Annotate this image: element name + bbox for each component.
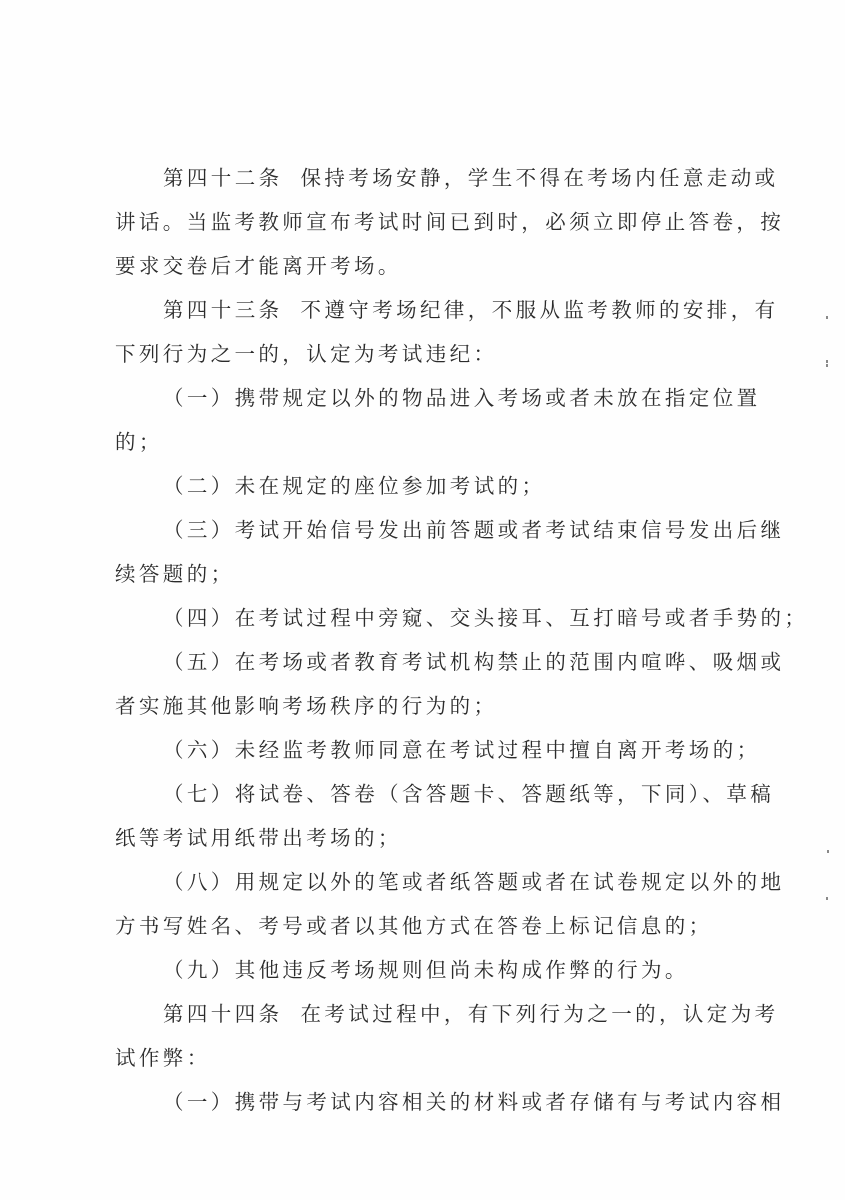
document-body: 第四十二条保持考场安静，学生不得在考场内任意走动或 讲话。当监考教师宣布考试时间… (115, 160, 743, 1128)
article-44-line-1: 第四十四条在考试过程中，有下列行为之一的，认定为考 (115, 996, 743, 1040)
document-page: 第四十二条保持考场安静，学生不得在考场内任意走动或 讲话。当监考教师宣布考试时间… (0, 0, 845, 1200)
list-item-1-line-2: 的； (115, 424, 743, 468)
list-item-1-line-1: （一）携带规定以外的物品进入考场或者未放在指定位置 (115, 380, 743, 424)
article-text: 在考试过程中，有下列行为之一的，认定为考 (301, 1002, 779, 1026)
list-item-9-line-1: （九）其他违反考场规则但尚未构成作弊的行为。 (115, 952, 743, 996)
article-heading: 第四十三条 (163, 298, 283, 322)
list-item-7-line-2: 纸等考试用纸带出考场的； (115, 820, 743, 864)
article-43-line-2: 下列行为之一的，认定为考试违纪： (115, 336, 743, 380)
article-42-line-3: 要求交卷后才能离开考场。 (115, 248, 743, 292)
list-item-5-line-1: （五）在考场或者教育考试机构禁止的范围内喧哗、吸烟或 (115, 644, 743, 688)
list-item-3-line-2: 续答题的； (115, 556, 743, 600)
scan-mark (827, 850, 829, 853)
list-item-8-line-2: 方书写姓名、考号或者以其他方式在答卷上标记信息的； (115, 908, 743, 952)
article-44-line-2: 试作弊： (115, 1040, 743, 1084)
list-item-7-line-1: （七）将试卷、答卷（含答题卡、答题纸等，下同）、草稿 (115, 776, 743, 820)
scan-mark (826, 360, 828, 363)
list-item-4-line-1: （四）在考试过程中旁窥、交头接耳、互打暗号或者手势的； (115, 600, 743, 644)
list-item-8-line-1: （八）用规定以外的笔或者纸答题或者在试卷规定以外的地 (115, 864, 743, 908)
article-text: 不遵守考场纪律，不服从监考教师的安排，有 (301, 298, 779, 322)
scan-mark (826, 316, 828, 319)
article-44-item-1-line-1: （一）携带与考试内容相关的材料或者存储有与考试内容相 (115, 1084, 743, 1128)
article-text: 保持考场安静，学生不得在考场内任意走动或 (301, 166, 779, 190)
article-42-line-2: 讲话。当监考教师宣布考试时间已到时，必须立即停止答卷，按 (115, 204, 743, 248)
scan-mark (826, 364, 828, 367)
list-item-2-line-1: （二）未在规定的座位参加考试的； (115, 468, 743, 512)
scan-mark (826, 897, 828, 900)
article-heading: 第四十二条 (163, 166, 283, 190)
list-item-5-line-2: 者实施其他影响考场秩序的行为的； (115, 688, 743, 732)
article-42-line-1: 第四十二条保持考场安静，学生不得在考场内任意走动或 (115, 160, 743, 204)
list-item-3-line-1: （三）考试开始信号发出前答题或者考试结束信号发出后继 (115, 512, 743, 556)
list-item-6-line-1: （六）未经监考教师同意在考试过程中擅自离开考场的； (115, 732, 743, 776)
article-43-line-1: 第四十三条不遵守考场纪律，不服从监考教师的安排，有 (115, 292, 743, 336)
article-heading: 第四十四条 (163, 1002, 283, 1026)
